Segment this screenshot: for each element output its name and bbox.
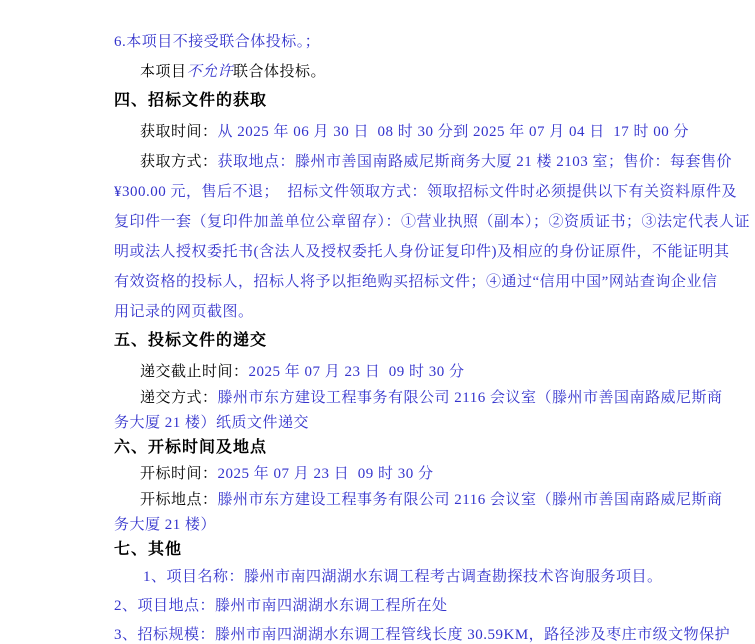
section-5-heading-seg-0: 五、投标文件的递交 <box>114 332 267 349</box>
section-6-heading: 六、开标时间及地点 <box>114 439 267 457</box>
bid-opening-place-line-2: 务大厦 21 楼） <box>114 516 216 534</box>
acquire-method-line-4-seg-0: 明或法人授权委托书(含法人及授权委托人身份证复印件)及相应的身份证原件，不能证明… <box>114 244 730 260</box>
other-item-2-line-seg-0: 2、项目地点：滕州市南四湖湖水东调工程所在处 <box>114 598 448 614</box>
submission-method-line-2-seg-0: 务大厦 21 楼）纸质文件递交 <box>114 415 309 431</box>
submission-deadline-line: 递交截止时间：2025 年 07 月 23 日 09 时 30 分 <box>140 363 465 381</box>
other-item-1-line: 1、项目名称：滕州市南四湖湖水东调工程考古调查勘探技术咨询服务项目。 <box>143 568 663 586</box>
clause-6-line-seg-0: 6.本项目不接受联合体投标。； <box>114 34 320 50</box>
acquire-method-line-3-seg-0: 复印件一套（复印件加盖单位公章留存）：①营业执照（副本）；②资质证书；③法定代表… <box>114 214 750 230</box>
clause-6-line: 6.本项目不接受联合体投标。； <box>114 33 320 51</box>
submission-deadline-line-seg-1: 2025 年 07 月 23 日 09 时 30 分 <box>249 364 465 380</box>
other-item-1-line-seg-0: 1、项目名称：滕州市南四湖湖水东调工程考古调查勘探技术咨询服务项目。 <box>143 569 663 585</box>
other-item-3-line: 3、招标规模：滕州市南四湖湖水东调工程管线长度 30.59KM，路径涉及枣庄市级… <box>114 626 730 644</box>
acquire-method-line-5: 有效资格的投标人，招标人将予以拒绝购买招标文件；④通过“信用中国”网站查询企业信 <box>114 273 717 291</box>
acquire-method-line-1-seg-0: 获取方式： <box>140 154 218 170</box>
clause-6-note-line-seg-1: 不允许 <box>187 64 234 80</box>
bid-opening-place-line-1-seg-1: 滕州市东方建设工程事务有限公司 2116 会议室（滕州市善国南路威尼斯商 <box>218 492 723 508</box>
section-7-heading-seg-0: 七、其他 <box>114 541 182 558</box>
clause-6-note-line-seg-2: 联合体投标。 <box>233 64 326 80</box>
section-4-heading-seg-0: 四、招标文件的获取 <box>114 92 267 109</box>
bid-opening-time-line: 开标时间：2025 年 07 月 23 日 09 时 30 分 <box>140 465 434 483</box>
submission-method-line-1-seg-0: 递交方式： <box>140 390 218 406</box>
acquire-method-line-2: ¥300.00 元，售后不退； 招标文件领取方式：领取招标文件时必须提供以下有关… <box>114 183 737 201</box>
other-item-3-line-seg-0: 3、招标规模：滕州市南四湖湖水东调工程管线长度 30.59KM，路径涉及枣庄市级… <box>114 627 730 643</box>
acquire-method-line-6: 用记录的网页截图。 <box>114 303 254 321</box>
acquire-method-line-1: 获取方式：获取地点：滕州市善国南路威尼斯商务大厦 21 楼 2103 室；售价：… <box>140 153 732 171</box>
bid-opening-time-line-seg-0: 开标时间： <box>140 466 218 482</box>
bid-opening-place-line-1-seg-0: 开标地点： <box>140 492 218 508</box>
acquire-time-line-seg-1: 从 2025 年 06 月 30 日 08 时 30 分到 2025 年 07 … <box>218 124 690 140</box>
clause-6-note-line: 本项目不允许联合体投标。 <box>140 63 326 81</box>
acquire-time-line-seg-0: 获取时间： <box>140 124 218 140</box>
acquire-time-line: 获取时间：从 2025 年 06 月 30 日 08 时 30 分到 2025 … <box>140 123 689 141</box>
section-4-heading: 四、招标文件的获取 <box>114 92 267 110</box>
section-5-heading: 五、投标文件的递交 <box>114 332 267 350</box>
acquire-method-line-1-seg-1: 获取地点：滕州市善国南路威尼斯商务大厦 21 楼 2103 室；售价：每套售价 <box>218 154 733 170</box>
submission-method-line-1: 递交方式：滕州市东方建设工程事务有限公司 2116 会议室（滕州市善国南路威尼斯… <box>140 389 722 407</box>
other-item-2-line: 2、项目地点：滕州市南四湖湖水东调工程所在处 <box>114 597 448 615</box>
submission-method-line-1-seg-1: 滕州市东方建设工程事务有限公司 2116 会议室（滕州市善国南路威尼斯商 <box>218 390 723 406</box>
submission-method-line-2: 务大厦 21 楼）纸质文件递交 <box>114 414 309 432</box>
acquire-method-line-4: 明或法人授权委托书(含法人及授权委托人身份证复印件)及相应的身份证原件，不能证明… <box>114 243 730 261</box>
section-7-heading: 七、其他 <box>114 541 182 559</box>
acquire-method-line-3: 复印件一套（复印件加盖单位公章留存）：①营业执照（副本）；②资质证书；③法定代表… <box>114 213 750 231</box>
acquire-method-line-5-seg-0: 有效资格的投标人，招标人将予以拒绝购买招标文件；④通过“信用中国”网站查询企业信 <box>114 274 717 290</box>
acquire-method-line-2-seg-0: ¥300.00 元，售后不退； 招标文件领取方式：领取招标文件时必须提供以下有关… <box>114 184 737 200</box>
submission-deadline-line-seg-0: 递交截止时间： <box>140 364 249 380</box>
bid-opening-place-line-1: 开标地点：滕州市东方建设工程事务有限公司 2116 会议室（滕州市善国南路威尼斯… <box>140 491 722 509</box>
clause-6-note-line-seg-0: 本项目 <box>140 64 187 80</box>
bid-opening-place-line-2-seg-0: 务大厦 21 楼） <box>114 517 216 533</box>
acquire-method-line-6-seg-0: 用记录的网页截图。 <box>114 304 254 320</box>
bid-opening-time-line-seg-1: 2025 年 07 月 23 日 09 时 30 分 <box>218 466 434 482</box>
section-6-heading-seg-0: 六、开标时间及地点 <box>114 439 267 456</box>
tender-notice-document-page: 6.本项目不接受联合体投标。；本项目不允许联合体投标。四、招标文件的获取获取时间… <box>0 0 755 644</box>
